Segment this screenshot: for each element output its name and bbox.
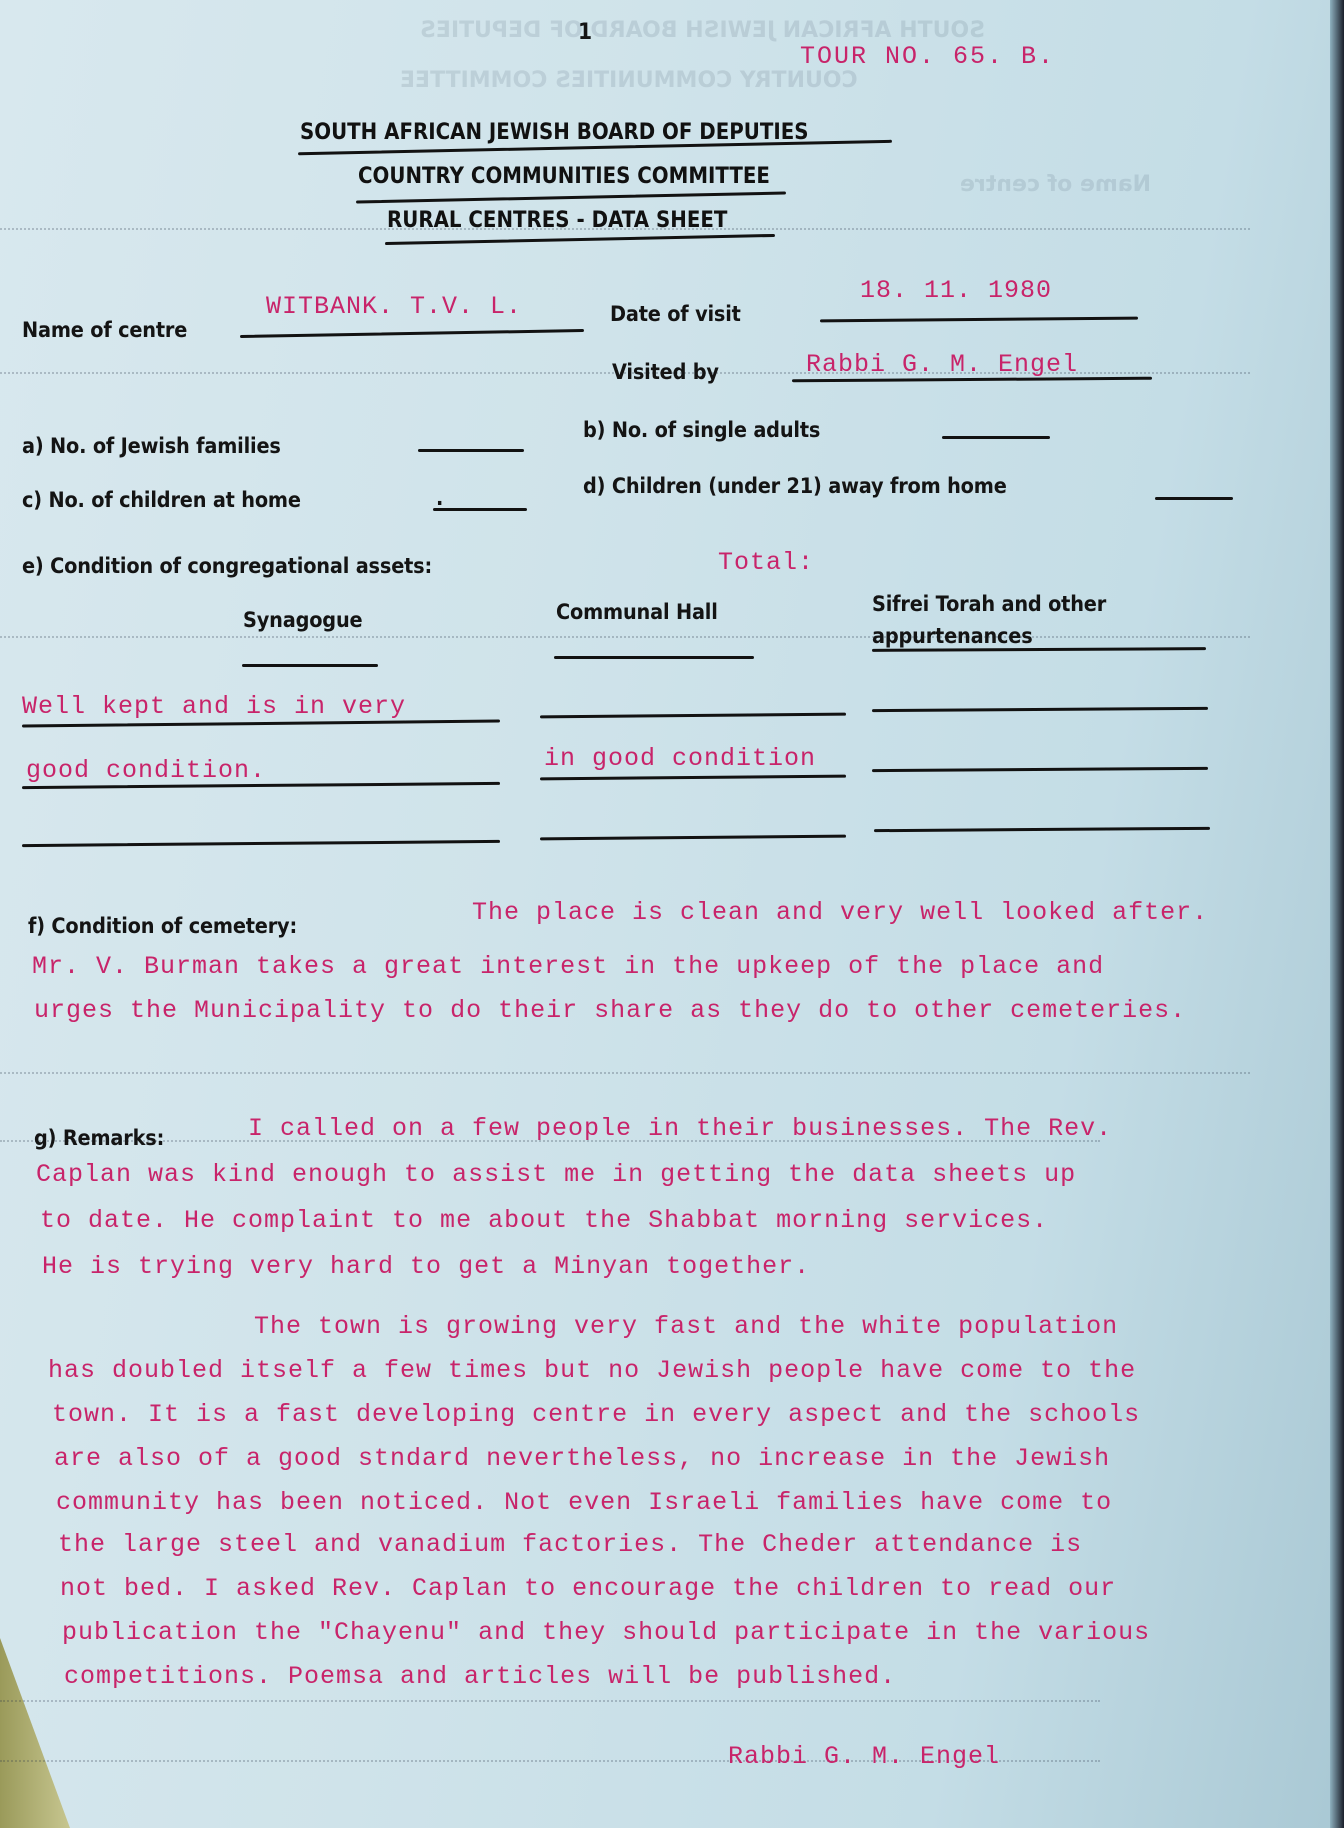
cemetery-line-3: urges the Municipality to do their share… (34, 996, 1186, 1025)
header-line-2: COUNTRY COMMUNITIES COMMITTEE (358, 164, 770, 189)
field-underline (820, 317, 1138, 323)
header-underline (242, 664, 378, 667)
children-away-label: d) Children (under 21) away from home (583, 474, 1007, 498)
assets-total-label: Total: (718, 548, 814, 577)
header-underline (554, 656, 754, 659)
jewish-families-field[interactable] (418, 449, 524, 452)
header-line-3: RURAL CENTRES - DATA SHEET (387, 208, 727, 233)
jewish-families-label: a) No. of Jewish families (22, 434, 281, 458)
single-adults-field[interactable] (942, 436, 1050, 439)
cemetery-line-1: The place is clean and very well looked … (472, 898, 1208, 927)
assets-label: e) Condition of congregational assets: (22, 554, 432, 578)
remarks-line: are also of a good stndard nevertheless,… (54, 1444, 1110, 1473)
sifrei-torah-field[interactable] (872, 707, 1208, 712)
communal-hall-condition: in good condition (544, 744, 816, 773)
remarks-line: The town is growing very fast and the wh… (254, 1312, 1118, 1341)
cemetery-line-2: Mr. V. Burman takes a great interest in … (32, 952, 1104, 981)
remarks-label: g) Remarks: (34, 1126, 164, 1150)
bleed-line (0, 1072, 1250, 1076)
communal-hall-field[interactable] (540, 713, 846, 719)
header-line-1: SOUTH AFRICAN JEWISH BOARD OF DEPUTIES (300, 120, 809, 145)
visited-by-label: Visited by (612, 360, 719, 384)
signature: Rabbi G. M. Engel (728, 1742, 1000, 1771)
header-underline (872, 647, 1206, 652)
remarks-line: I called on a few people in their busine… (248, 1114, 1112, 1143)
synagogue-condition-line-2: good condition. (26, 756, 266, 785)
remarks-line: publication the "Chayenu" and they shoul… (62, 1618, 1150, 1647)
remarks-line: has doubled itself a few times but no Je… (48, 1356, 1136, 1385)
remarks-line: to date. He complaint to me about the Sh… (40, 1206, 1048, 1235)
sifrei-torah-header: Sifrei Torah and other (872, 592, 1106, 616)
bleed-through-text: COUNTRY COMMUNITIES COMMITTEE (400, 68, 858, 93)
synagogue-condition-line-1: Well kept and is in very (22, 692, 406, 721)
remarks-line: community has been noticed. Not even Isr… (56, 1488, 1112, 1517)
name-of-centre-field[interactable]: WITBANK. T.V. L. (266, 292, 522, 321)
remarks-line: not bed. I asked Rev. Caplan to encourag… (60, 1574, 1116, 1603)
communal-hall-field[interactable] (540, 835, 846, 841)
sifrei-torah-header-2: appurtenances (872, 624, 1033, 648)
date-of-visit-label: Date of visit (610, 302, 741, 326)
children-at-home-label: c) No. of children at home (22, 488, 301, 512)
remarks-line: Caplan was kind enough to assist me in g… (36, 1160, 1076, 1189)
remarks-line: He is trying very hard to get a Minyan t… (42, 1252, 810, 1281)
field-underline (540, 775, 846, 781)
remarks-line: town. It is a fast developing centre in … (52, 1400, 1140, 1429)
field-underline (240, 329, 584, 338)
folder-corner (0, 1638, 70, 1828)
cemetery-label: f) Condition of cemetery: (28, 914, 297, 938)
page-number: 1 (578, 20, 592, 45)
bleed-through-text: Name of centre (960, 172, 1151, 197)
name-of-centre-label: Name of centre (22, 318, 187, 342)
single-adults-label: b) No. of single adults (583, 418, 820, 442)
bleed-line (0, 1700, 1100, 1704)
tour-number: TOUR NO. 65. B. (800, 42, 1055, 71)
bleed-through-text: SOUTH AFRICAN JEWISH BOARD OF DEPUTIES (420, 18, 985, 43)
communal-hall-header: Communal Hall (556, 600, 718, 624)
synagogue-field[interactable] (22, 840, 500, 847)
synagogue-header: Synagogue (243, 608, 362, 632)
remarks-line: the large steel and vanadium factories. … (58, 1530, 1082, 1559)
children-at-home-value: . (436, 486, 443, 510)
children-at-home-field[interactable] (433, 508, 527, 511)
sifrei-torah-field[interactable] (874, 827, 1210, 832)
sifrei-torah-field[interactable] (872, 767, 1208, 772)
remarks-line: competitions. Poemsa and articles will b… (64, 1662, 896, 1691)
visited-by-field[interactable]: Rabbi G. M. Engel (806, 350, 1078, 379)
date-of-visit-field[interactable]: 18. 11. 1980 (860, 276, 1052, 305)
page-edge (1330, 0, 1344, 1828)
bleed-line (0, 636, 1250, 640)
header-underline (356, 191, 786, 203)
header-underline (385, 234, 775, 245)
children-away-field[interactable] (1155, 497, 1233, 500)
